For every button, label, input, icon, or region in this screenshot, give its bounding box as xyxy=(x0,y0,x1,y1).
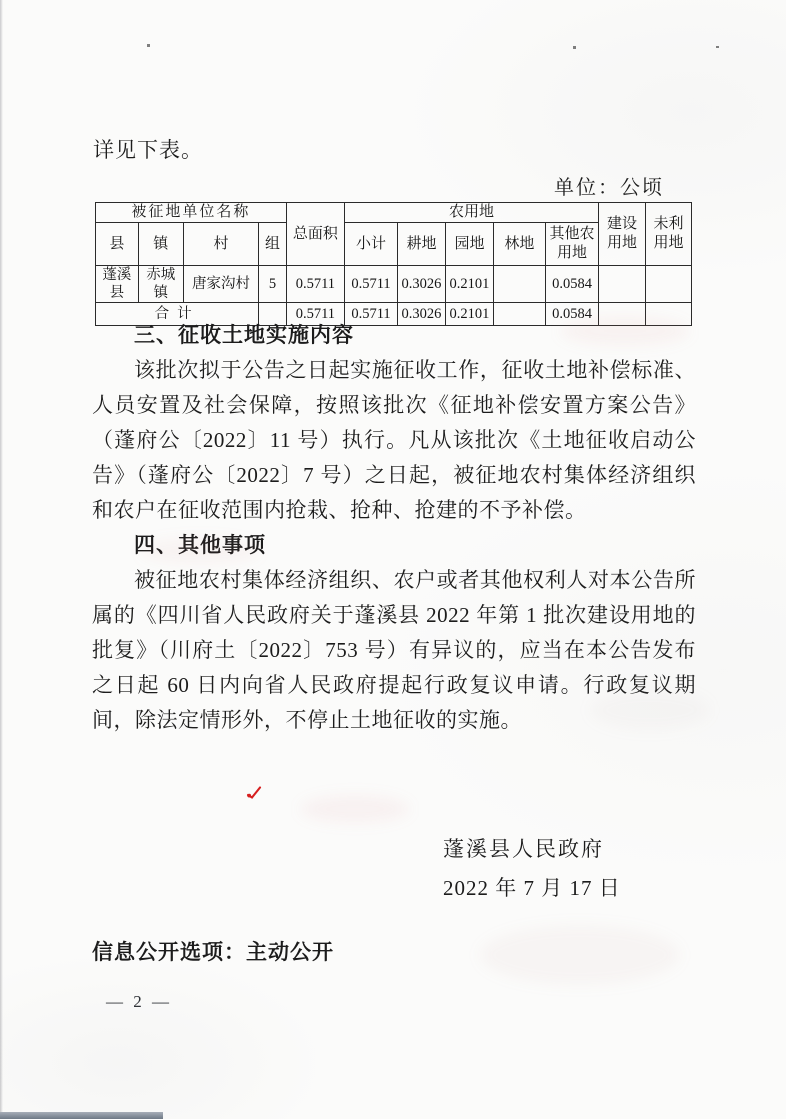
scan-speck xyxy=(573,46,576,49)
page-number: — 2 — xyxy=(106,992,172,1012)
cell-other-agri: 0.0584 xyxy=(545,266,598,303)
cell-construction xyxy=(599,266,646,303)
issuer-name: 蓬溪县人民政府 xyxy=(443,830,621,869)
cell-group: 5 xyxy=(259,266,287,303)
cell-subtotal: 0.5711 xyxy=(344,266,397,303)
cell-garden: 0.2101 xyxy=(445,266,493,303)
section-4-paragraph: 被征地农村集体经济组织、农户或者其他权利人对本公告所属的《四川省人民政府关于蓬溪… xyxy=(92,563,696,738)
scan-smudge xyxy=(300,795,410,823)
scanned-document-page: 详见下表。 单位：公顷 被征地单位名称 总面积 农用地 建设用地 未利用地 县 … xyxy=(0,0,786,1119)
intro-text: 详见下表。 xyxy=(93,134,203,164)
header-subtotal: 小计 xyxy=(344,223,397,266)
table-data-row: 蓬溪县 赤城镇 唐家沟村 5 0.5711 0.5711 0.3026 0.21… xyxy=(96,266,692,303)
unit-label: 单位：公顷 xyxy=(92,171,664,200)
cell-total: 0.5711 xyxy=(286,266,344,303)
disclosure-note: 信息公开选项：主动公开 xyxy=(92,936,334,966)
header-village: 村 xyxy=(183,223,259,266)
header-unused-land: 未利用地 xyxy=(646,203,692,266)
scan-left-edge-shadow xyxy=(0,0,3,1119)
section-3-heading: 三、征收土地实施内容 xyxy=(92,318,696,353)
cell-town: 赤城镇 xyxy=(138,266,183,303)
header-group: 组 xyxy=(259,223,287,266)
cell-unused xyxy=(646,266,692,303)
cell-village: 唐家沟村 xyxy=(183,266,259,303)
header-agricultural-land: 农用地 xyxy=(344,203,598,223)
header-county: 县 xyxy=(96,223,139,266)
header-total-area: 总面积 xyxy=(286,203,344,266)
land-area-table: 被征地单位名称 总面积 农用地 建设用地 未利用地 县 镇 村 组 小计 耕地 … xyxy=(95,202,692,326)
scan-smudge xyxy=(480,925,680,985)
section-4-heading: 四、其他事项 xyxy=(92,528,696,563)
cell-county: 蓬溪县 xyxy=(96,266,139,303)
header-town: 镇 xyxy=(138,223,183,266)
cell-forest xyxy=(493,266,545,303)
section-3-paragraph: 该批次拟于公告之日起实施征收工作，征收土地补偿标准、人员安置及社会保障，按照该批… xyxy=(92,353,696,528)
header-unit-name: 被征地单位名称 xyxy=(96,203,287,223)
table-header-row-1: 被征地单位名称 总面积 农用地 建设用地 未利用地 xyxy=(96,203,692,223)
header-other-agri: 其他农用地 xyxy=(545,223,598,266)
header-forest: 林地 xyxy=(493,223,545,266)
scanner-edge-artifact xyxy=(0,1112,163,1119)
scan-speck xyxy=(716,46,719,48)
cell-cultivated: 0.3026 xyxy=(398,266,446,303)
header-garden: 园地 xyxy=(445,223,493,266)
header-construction-land: 建设用地 xyxy=(599,203,646,266)
red-check-mark xyxy=(246,786,264,801)
header-cultivated: 耕地 xyxy=(398,223,446,266)
document-body: 三、征收土地实施内容 该批次拟于公告之日起实施征收工作，征收土地补偿标准、人员安… xyxy=(92,318,696,738)
signature-block: 蓬溪县人民政府 2022 年 7 月 17 日 xyxy=(443,830,621,908)
scan-speck xyxy=(147,44,150,47)
issue-date: 2022 年 7 月 17 日 xyxy=(443,869,621,908)
